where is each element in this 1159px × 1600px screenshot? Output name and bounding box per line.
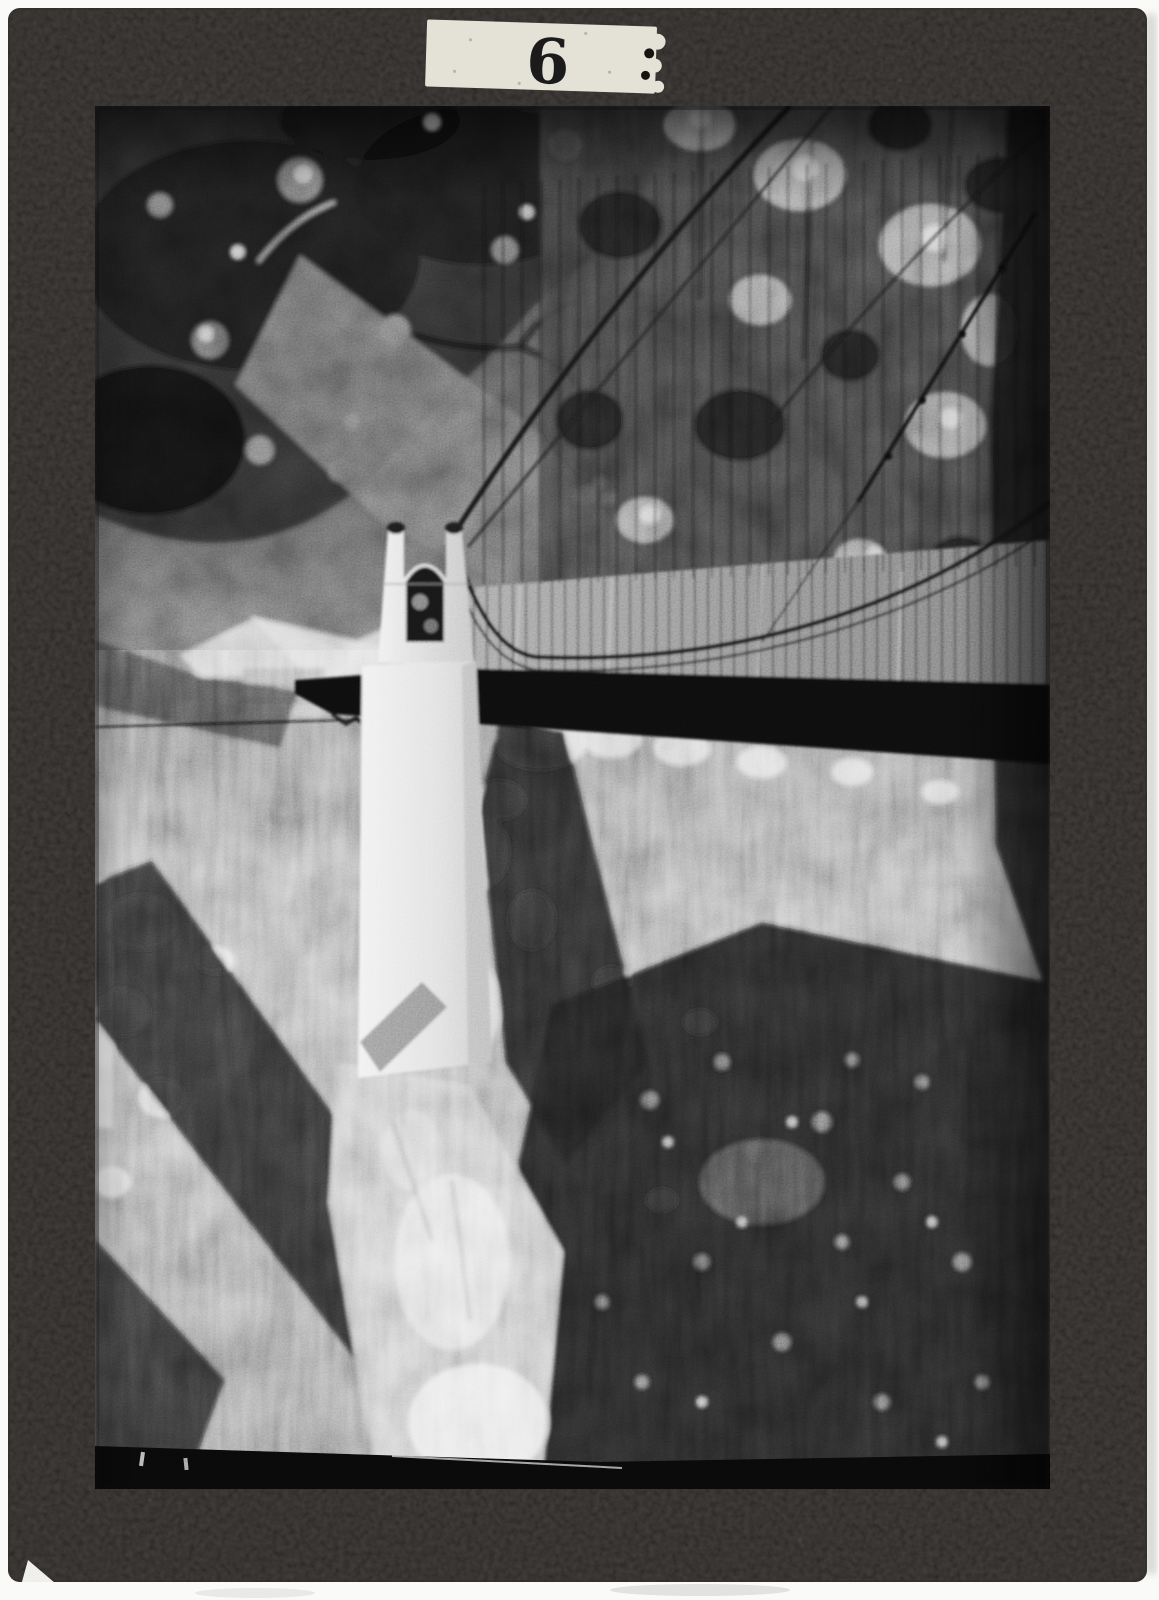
vignette-left [95, 106, 131, 1489]
vignette-top [95, 106, 1050, 196]
vignette-right [960, 106, 1050, 1489]
scan-page: 6 [0, 0, 1159, 1600]
film-grain [95, 106, 1050, 1489]
photo [55, 80, 1050, 1489]
label-number: 6 [525, 25, 570, 99]
scanned-slide: 6 [0, 0, 1159, 1600]
